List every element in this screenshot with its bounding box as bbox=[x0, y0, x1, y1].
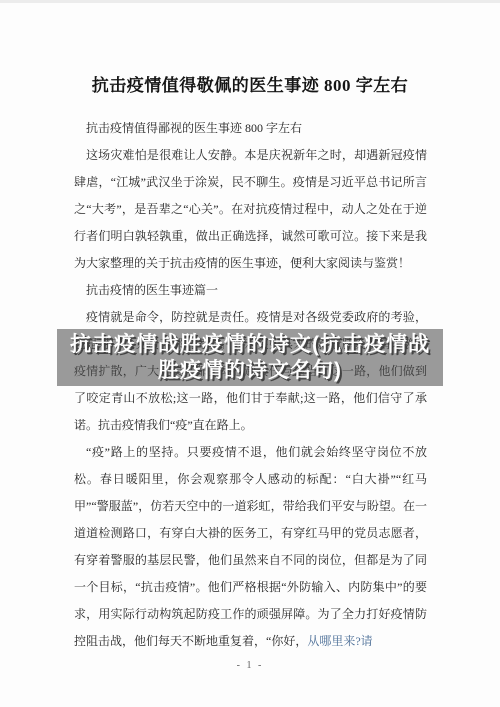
document-title: 抗击疫情值得敬佩的医生事迹 800 字左右 bbox=[0, 3, 500, 97]
page-number: - 1 - bbox=[0, 659, 500, 673]
watermark-overlay: 抗击疫情战胜疫情的诗文(抗击疫情战 胜疫情的诗文名句) bbox=[57, 329, 443, 386]
document-page: 抗击疫情值得敬佩的医生事迹 800 字左右 抗击疫情值得鄙视的医生事迹 800 … bbox=[0, 0, 500, 707]
watermark-title-line2: 胜疫情的诗文名句) bbox=[158, 358, 342, 384]
paragraph-two-highlight: 从哪里来?请 bbox=[307, 634, 372, 648]
paragraph-two: “疫”路上的坚持。只要疫情不退，他们就会始终坚守岗位不放松。春日暖阳里，你会观察… bbox=[74, 439, 427, 655]
watermark-title-line1: 抗击疫情战胜疫情的诗文(抗击疫情战 bbox=[70, 332, 430, 358]
intro-paragraph: 这场灾难怕是很难让人安静。本是庆祝新年之时，却遇新冠疫情肆虐，“江城”武汉坐于涂… bbox=[74, 142, 427, 277]
subtitle-line: 抗击疫情值得鄙视的医生事迹 800 字左右 bbox=[74, 115, 427, 142]
paragraph-two-text: “疫”路上的坚持。只要疫情不退，他们就会始终坚守岗位不放松。春日暖阳里，你会观察… bbox=[74, 445, 427, 648]
section-heading: 抗击疫情的医生事迹篇一 bbox=[74, 277, 427, 304]
